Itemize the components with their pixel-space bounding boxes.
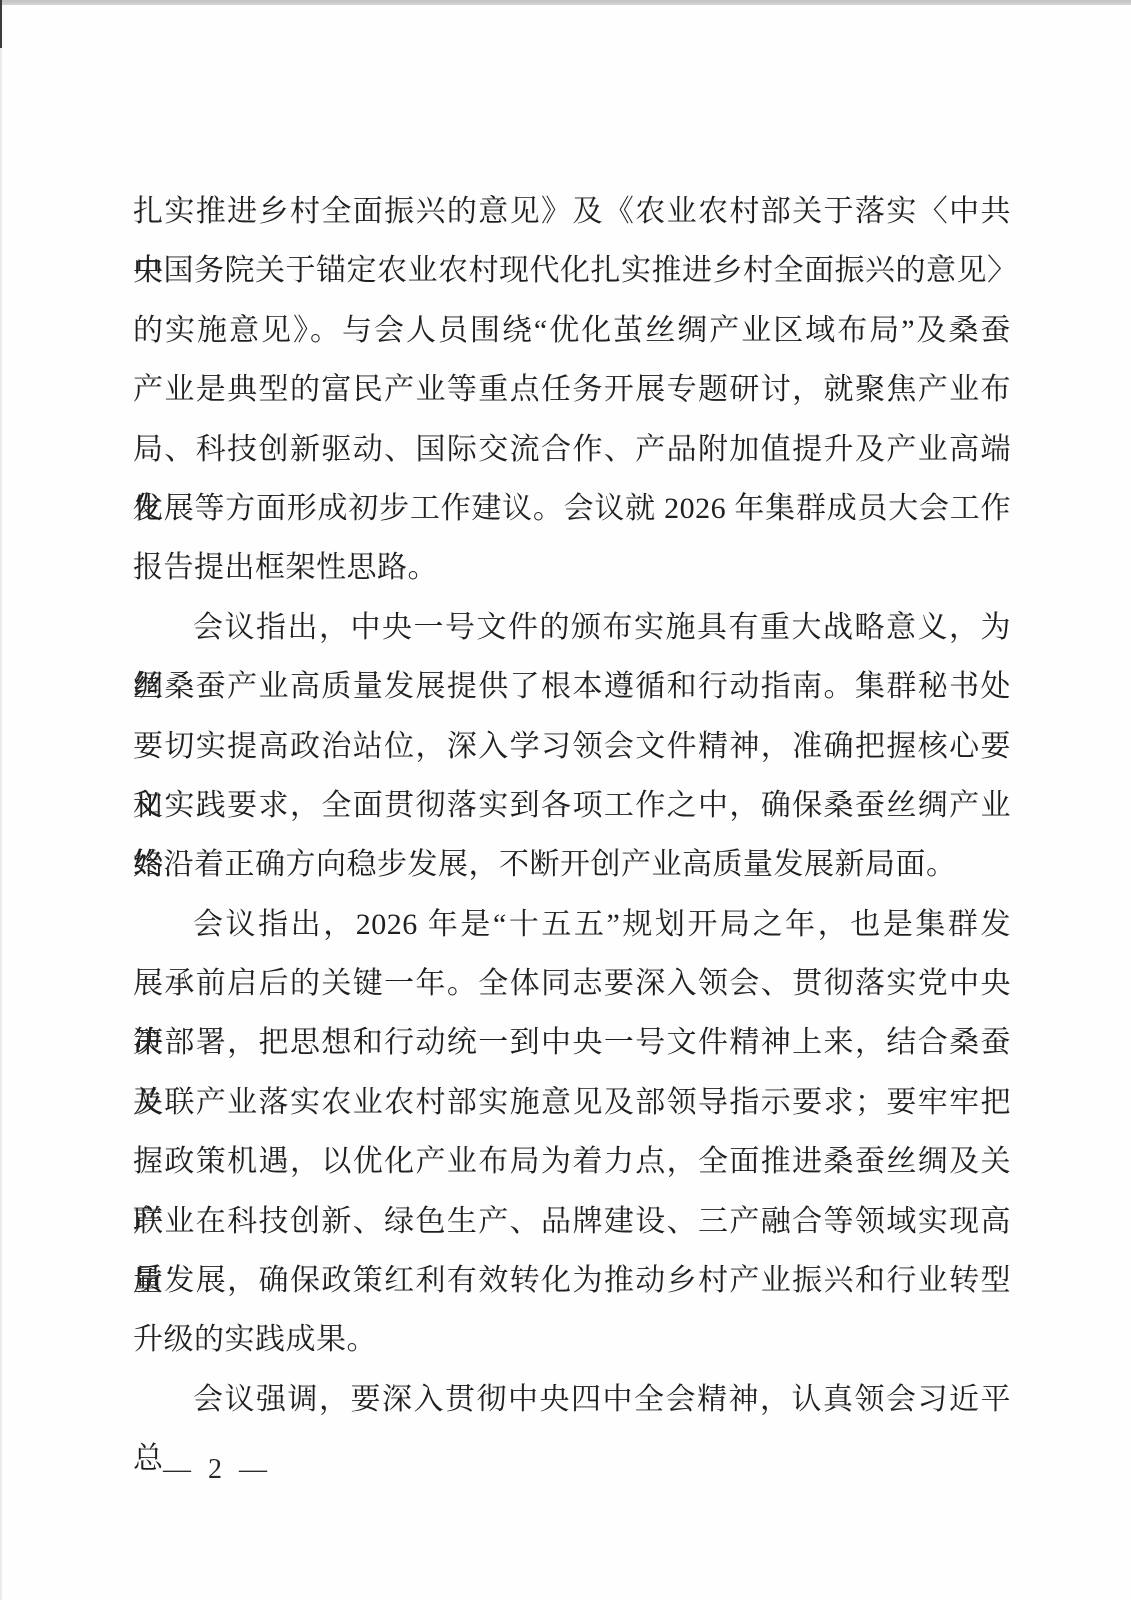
paragraph-1: 扎实推进乡村全面振兴的意见》及《农业农村部关于落实〈中共中 央国务院关于锚定农业…	[133, 182, 1011, 598]
text-line: 产业是典型的富民产业等重点任务开展专题研讨，就聚焦产业布	[133, 360, 1011, 419]
text-line: 发展等方面形成初步工作建议。会议就 2026 年集群成员大会工作	[133, 479, 1011, 538]
text-line: 关联产业落实农业农村部实施意见及部领导指示要求；要牢牢把	[133, 1073, 1011, 1132]
text-line: 终沿着正确方向稳步发展，不断开创产业高质量发展新局面。	[133, 835, 1011, 894]
scan-edge-left	[0, 0, 3, 1600]
text-line: 要切实提高政治站位，深入学习领会文件精神，准确把握核心要义	[133, 717, 1011, 776]
page-number: — 2 —	[163, 1448, 272, 1492]
text-line: 报告提出框架性思路。	[133, 538, 1011, 597]
text-line: 扎实推进乡村全面振兴的意见》及《农业农村部关于落实〈中共中	[133, 182, 1011, 241]
text-line: 策部署，把思想和行动统一到中央一号文件精神上来，结合桑蚕及	[133, 1013, 1011, 1072]
scanned-document-page: { "document": { "paragraphs": [ { "lines…	[0, 0, 1131, 1600]
text-line: 量发展，确保政策红利有效转化为推动乡村产业振兴和行业转型	[133, 1251, 1011, 1310]
document-body: 扎实推进乡村全面振兴的意见》及《农业农村部关于落实〈中共中 央国务院关于锚定农业…	[133, 182, 1011, 1429]
text-line: 会议指出，中央一号文件的颁布实施具有重大战略意义，为丝	[133, 598, 1011, 657]
text-line: 和实践要求，全面贯彻落实到各项工作之中，确保桑蚕丝绸产业始	[133, 776, 1011, 835]
paragraph-2: 会议指出，中央一号文件的颁布实施具有重大战略意义，为丝 绸桑蚕产业高质量发展提供…	[133, 598, 1011, 895]
text-line: 产业在科技创新、绿色生产、品牌建设、三产融合等领域实现高质	[133, 1192, 1011, 1251]
text-line: 握政策机遇，以优化产业布局为着力点，全面推进桑蚕丝绸及关联	[133, 1132, 1011, 1191]
text-line: 央国务院关于锚定农业农村现代化扎实推进乡村全面振兴的意见〉	[133, 241, 1011, 300]
text-line: 会议强调，要深入贯彻中央四中全会精神，认真领会习近平总	[133, 1370, 1011, 1429]
paragraph-3: 会议指出，2026 年是“十五五”规划开局之年，也是集群发 展承前启后的关键一年…	[133, 895, 1011, 1370]
scan-edge-top	[0, 0, 1131, 5]
text-line: 展承前启后的关键一年。全体同志要深入领会、贯彻落实党中央决	[133, 954, 1011, 1013]
text-line: 的实施意见》。与会人员围绕“优化茧丝绸产业区域布局”及桑蚕	[133, 301, 1011, 360]
scan-corner-mark	[0, 0, 2, 48]
text-line: 局、科技创新驱动、国际交流合作、产品附加值提升及产业高端化	[133, 420, 1011, 479]
text-line: 升级的实践成果。	[133, 1310, 1011, 1369]
text-line: 绸桑蚕产业高质量发展提供了根本遵循和行动指南。集群秘书处	[133, 657, 1011, 716]
text-line: 会议指出，2026 年是“十五五”规划开局之年，也是集群发	[133, 895, 1011, 954]
paragraph-4: 会议强调，要深入贯彻中央四中全会精神，认真领会习近平总	[133, 1370, 1011, 1429]
